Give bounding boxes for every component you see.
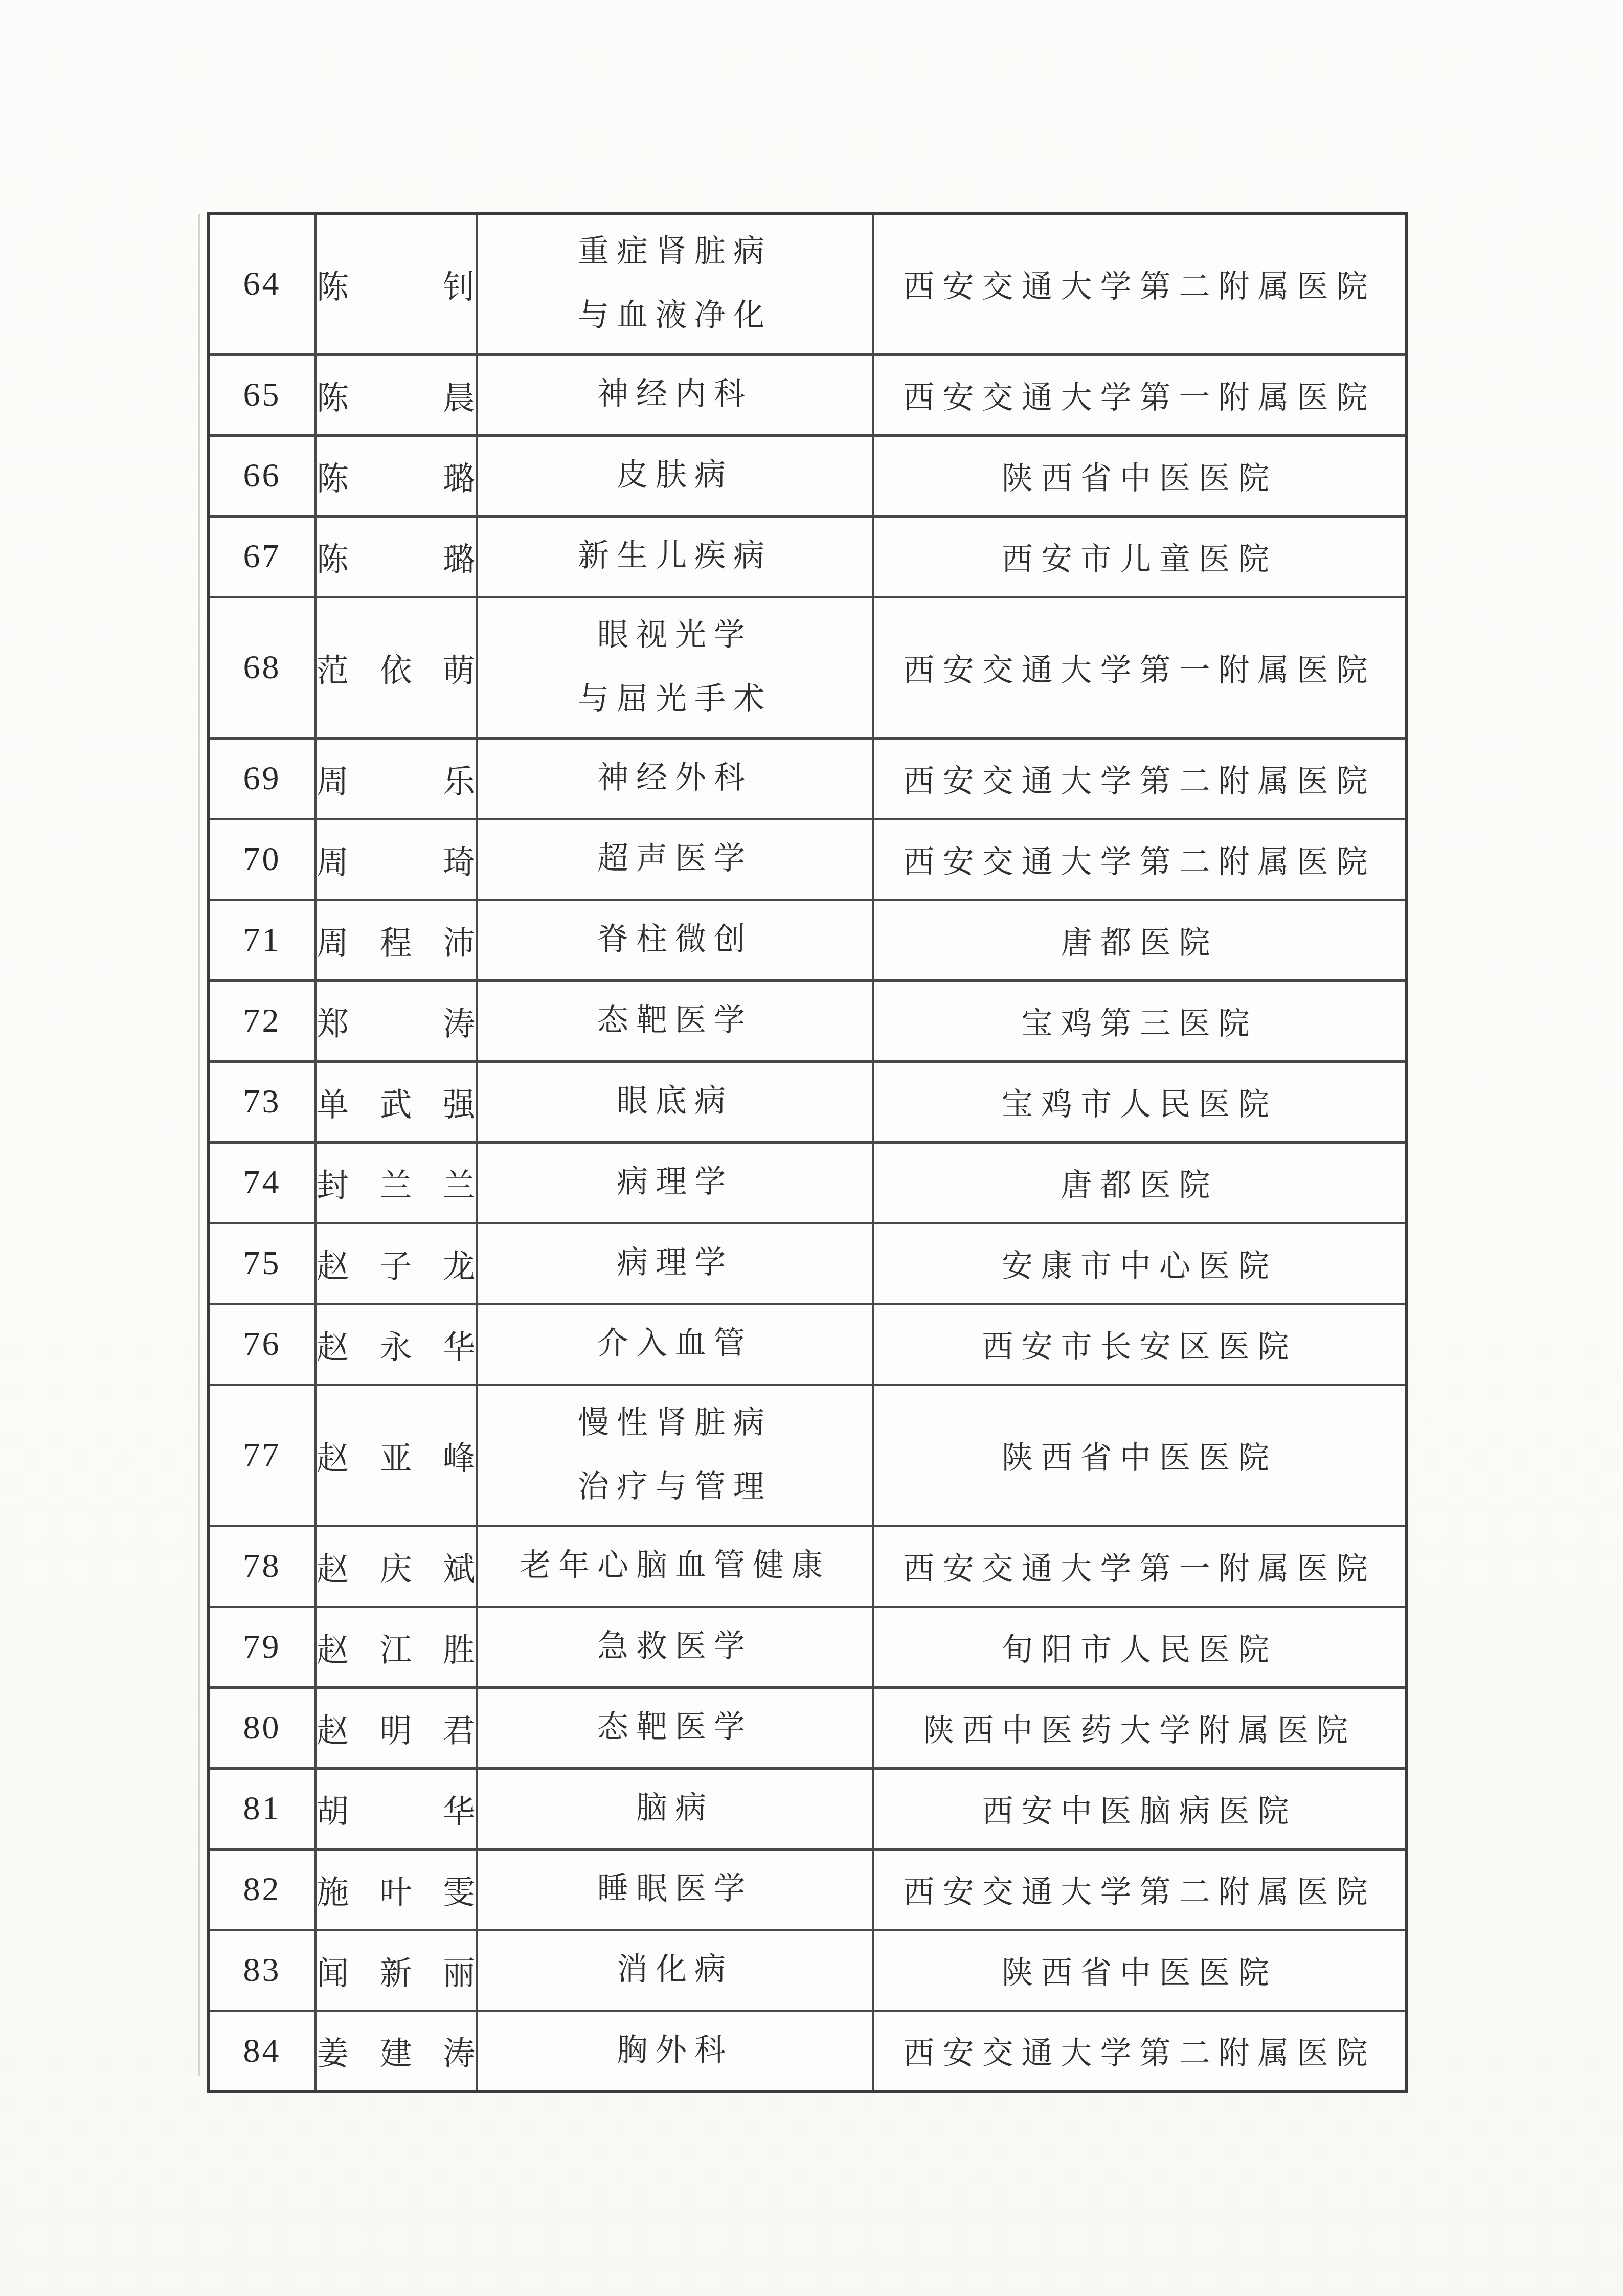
table-row: 76 赵永华 介入血管 西安市长安区医院: [208, 1304, 1407, 1385]
name-cell: 陈璐: [315, 435, 477, 516]
specialty-cell: 老年心脑血管健康: [477, 1526, 873, 1607]
hospital-cell: 西安交通大学第二附属医院: [873, 213, 1407, 354]
roster-table-wrap: 64 陈钊 重症肾脏病 与血液净化 西安交通大学第二附属医院 65 陈晨 神经内…: [207, 212, 1405, 2093]
name-cell: 郑涛: [315, 980, 477, 1061]
specialty-cell: 态靶医学: [477, 980, 873, 1061]
hospital-cell: 宝鸡市人民医院: [873, 1061, 1407, 1142]
table-row: 84 姜建涛 胸外科 西安交通大学第二附属医院: [208, 2011, 1407, 2091]
name-cell: 范依萌: [315, 597, 477, 738]
row-number-cell: 75: [208, 1223, 315, 1304]
hospital-cell: 西安交通大学第二附属医院: [873, 2011, 1407, 2091]
specialty-cell: 新生儿疾病: [477, 516, 873, 597]
hospital-cell: 陕西省中医医院: [873, 1930, 1407, 2011]
hospital-cell: 陕西省中医医院: [873, 435, 1407, 516]
specialty-cell: 睡眠医学: [477, 1849, 873, 1930]
row-number-cell: 68: [208, 597, 315, 738]
specialty-cell: 眼底病: [477, 1061, 873, 1142]
hospital-cell: 西安交通大学第一附属医院: [873, 354, 1407, 435]
name-cell: 赵亚峰: [315, 1385, 477, 1526]
specialty-cell: 超声医学: [477, 819, 873, 900]
roster-table: 64 陈钊 重症肾脏病 与血液净化 西安交通大学第二附属医院 65 陈晨 神经内…: [207, 212, 1408, 2093]
table-row: 64 陈钊 重症肾脏病 与血液净化 西安交通大学第二附属医院: [208, 213, 1407, 354]
row-number-cell: 74: [208, 1142, 315, 1223]
row-number-cell: 78: [208, 1526, 315, 1607]
specialty-cell: 急救医学: [477, 1607, 873, 1687]
specialty-cell: 神经内科: [477, 354, 873, 435]
hospital-cell: 唐都医院: [873, 1142, 1407, 1223]
table-row: 66 陈璐 皮肤病 陕西省中医医院: [208, 435, 1407, 516]
row-number-cell: 84: [208, 2011, 315, 2091]
specialty-cell: 眼视光学 与屈光手术: [477, 597, 873, 738]
specialty-cell: 态靶医学: [477, 1687, 873, 1768]
name-cell: 陈钊: [315, 213, 477, 354]
row-number-cell: 83: [208, 1930, 315, 2011]
table-row: 71 周程沛 脊柱微创 唐都医院: [208, 900, 1407, 980]
row-number-cell: 79: [208, 1607, 315, 1687]
name-cell: 陈璐: [315, 516, 477, 597]
row-number-cell: 66: [208, 435, 315, 516]
hospital-cell: 西安交通大学第二附属医院: [873, 1849, 1407, 1930]
row-number-cell: 82: [208, 1849, 315, 1930]
name-cell: 闻新丽: [315, 1930, 477, 2011]
specialty-cell: 重症肾脏病 与血液净化: [477, 213, 873, 354]
hospital-cell: 西安中医脑病医院: [873, 1768, 1407, 1849]
row-number-cell: 69: [208, 738, 315, 819]
name-cell: 赵江胜: [315, 1607, 477, 1687]
table-row: 65 陈晨 神经内科 西安交通大学第一附属医院: [208, 354, 1407, 435]
hospital-cell: 安康市中心医院: [873, 1223, 1407, 1304]
specialty-cell: 慢性肾脏病 治疗与管理: [477, 1385, 873, 1526]
specialty-cell: 胸外科: [477, 2011, 873, 2091]
hospital-cell: 旬阳市人民医院: [873, 1607, 1407, 1687]
table-row: 83 闻新丽 消化病 陕西省中医医院: [208, 1930, 1407, 2011]
specialty-cell: 皮肤病: [477, 435, 873, 516]
name-cell: 周琦: [315, 819, 477, 900]
table-row: 81 胡华 脑病 西安中医脑病医院: [208, 1768, 1407, 1849]
specialty-cell: 神经外科: [477, 738, 873, 819]
name-cell: 施叶雯: [315, 1849, 477, 1930]
name-cell: 赵子龙: [315, 1223, 477, 1304]
table-row: 74 封兰兰 病理学 唐都医院: [208, 1142, 1407, 1223]
row-number-cell: 71: [208, 900, 315, 980]
row-number-cell: 76: [208, 1304, 315, 1385]
specialty-cell: 介入血管: [477, 1304, 873, 1385]
hospital-cell: 西安交通大学第二附属医院: [873, 738, 1407, 819]
hospital-cell: 宝鸡第三医院: [873, 980, 1407, 1061]
hospital-cell: 西安交通大学第二附属医院: [873, 819, 1407, 900]
name-cell: 封兰兰: [315, 1142, 477, 1223]
row-number-cell: 81: [208, 1768, 315, 1849]
specialty-cell: 病理学: [477, 1223, 873, 1304]
name-cell: 赵永华: [315, 1304, 477, 1385]
scanned-document: { "page": { "background_color": "#fbfbf9…: [0, 0, 1623, 2296]
roster-table-body: 64 陈钊 重症肾脏病 与血液净化 西安交通大学第二附属医院 65 陈晨 神经内…: [208, 213, 1407, 2091]
table-row: 68 范依萌 眼视光学 与屈光手术 西安交通大学第一附属医院: [208, 597, 1407, 738]
name-cell: 姜建涛: [315, 2011, 477, 2091]
table-row: 82 施叶雯 睡眠医学 西安交通大学第二附属医院: [208, 1849, 1407, 1930]
table-row: 79 赵江胜 急救医学 旬阳市人民医院: [208, 1607, 1407, 1687]
name-cell: 陈晨: [315, 354, 477, 435]
specialty-cell: 脊柱微创: [477, 900, 873, 980]
table-row: 73 单武强 眼底病 宝鸡市人民医院: [208, 1061, 1407, 1142]
table-row: 80 赵明君 态靶医学 陕西中医药大学附属医院: [208, 1687, 1407, 1768]
row-number-cell: 73: [208, 1061, 315, 1142]
specialty-cell: 病理学: [477, 1142, 873, 1223]
name-cell: 胡华: [315, 1768, 477, 1849]
name-cell: 赵明君: [315, 1687, 477, 1768]
hospital-cell: 西安交通大学第一附属医院: [873, 1526, 1407, 1607]
table-row: 75 赵子龙 病理学 安康市中心医院: [208, 1223, 1407, 1304]
table-row: 69 周乐 神经外科 西安交通大学第二附属医院: [208, 738, 1407, 819]
hospital-cell: 唐都医院: [873, 900, 1407, 980]
table-row: 67 陈璐 新生儿疾病 西安市儿童医院: [208, 516, 1407, 597]
table-row: 72 郑涛 态靶医学 宝鸡第三医院: [208, 980, 1407, 1061]
specialty-cell: 消化病: [477, 1930, 873, 2011]
row-number-cell: 80: [208, 1687, 315, 1768]
hospital-cell: 西安市儿童医院: [873, 516, 1407, 597]
name-cell: 周程沛: [315, 900, 477, 980]
name-cell: 单武强: [315, 1061, 477, 1142]
row-number-cell: 64: [208, 213, 315, 354]
scan-artifact-line: [198, 214, 200, 2076]
row-number-cell: 70: [208, 819, 315, 900]
row-number-cell: 67: [208, 516, 315, 597]
table-row: 70 周琦 超声医学 西安交通大学第二附属医院: [208, 819, 1407, 900]
name-cell: 赵庆斌: [315, 1526, 477, 1607]
hospital-cell: 陕西省中医医院: [873, 1385, 1407, 1526]
name-cell: 周乐: [315, 738, 477, 819]
document-page: 64 陈钊 重症肾脏病 与血液净化 西安交通大学第二附属医院 65 陈晨 神经内…: [0, 0, 1623, 2296]
row-number-cell: 72: [208, 980, 315, 1061]
row-number-cell: 65: [208, 354, 315, 435]
specialty-cell: 脑病: [477, 1768, 873, 1849]
row-number-cell: 77: [208, 1385, 315, 1526]
hospital-cell: 西安交通大学第一附属医院: [873, 597, 1407, 738]
hospital-cell: 陕西中医药大学附属医院: [873, 1687, 1407, 1768]
table-row: 78 赵庆斌 老年心脑血管健康 西安交通大学第一附属医院: [208, 1526, 1407, 1607]
hospital-cell: 西安市长安区医院: [873, 1304, 1407, 1385]
table-row: 77 赵亚峰 慢性肾脏病 治疗与管理 陕西省中医医院: [208, 1385, 1407, 1526]
